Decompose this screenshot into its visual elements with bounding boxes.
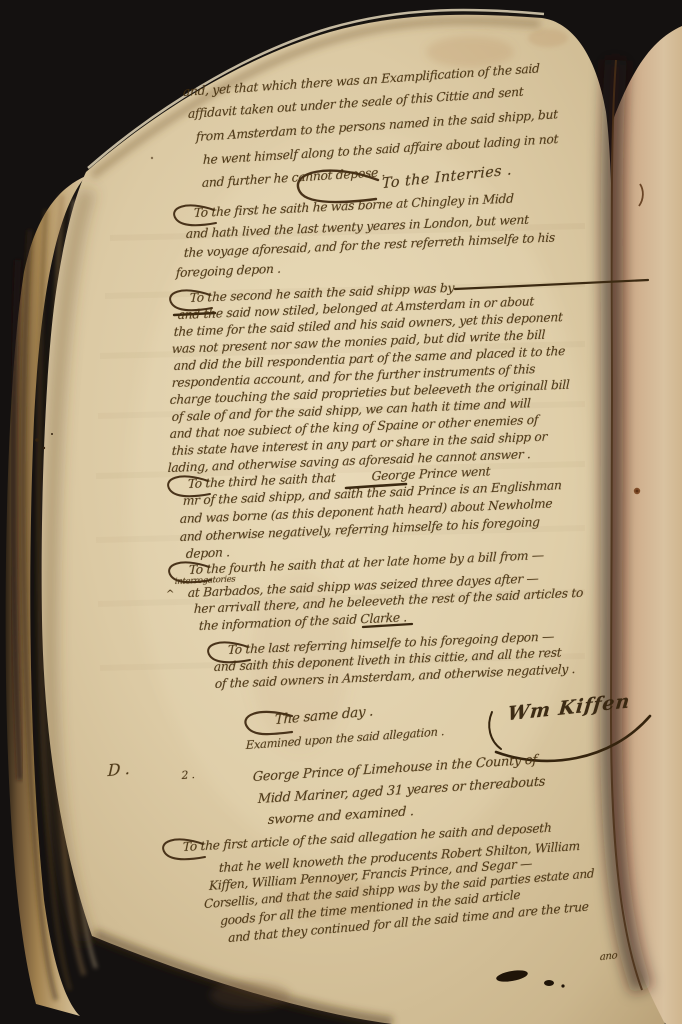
signature-wm-kiffen: Wm Kiffen: [507, 690, 632, 725]
same-day-note: The same day .: [275, 703, 374, 728]
insertion-caret: ^: [166, 589, 174, 600]
section-heading: To the Interries .: [382, 162, 512, 192]
handwritten-line: foregoing depon .: [176, 262, 281, 280]
manuscript-page-photo: and, yet that which there was an Exampli…: [0, 0, 682, 1024]
deponent-heading-line: sworne and examined .: [268, 804, 414, 828]
examined-note: Examined upon the said allegation .: [246, 724, 445, 752]
handwriting-layer: and, yet that which there was an Exampli…: [0, 0, 682, 1024]
handwritten-line: depon .: [186, 545, 230, 561]
handwritten-line: and further he cannot depose .: [202, 165, 385, 190]
margin-number: 2 .: [181, 768, 195, 782]
catchword: ano: [600, 950, 618, 963]
margin-letter: D .: [107, 759, 130, 780]
